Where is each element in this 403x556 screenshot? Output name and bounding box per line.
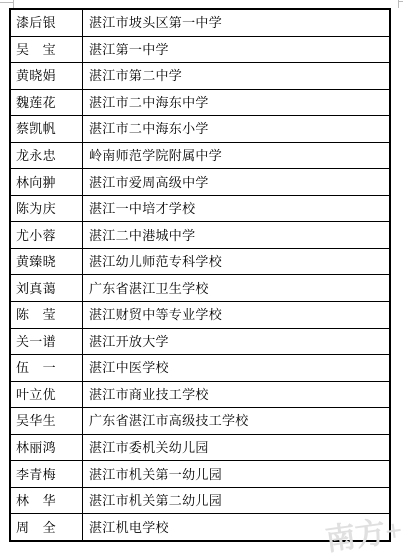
- table-row: 林向翀 湛江市爱周高级中学: [11, 169, 389, 196]
- teacher-name: 林向翀: [11, 169, 83, 195]
- table-row: 陈 莹 湛江财贸中等专业学校: [11, 302, 389, 329]
- school-name: 湛江市二中海东小学: [83, 116, 389, 142]
- teacher-school-table: 漆后银 湛江市坡头区第一中学 吴 宝 湛江第一中学 黄晓娟 湛江市第二中学 魏莲…: [9, 8, 391, 542]
- school-name: 湛江市二中海东中学: [83, 90, 389, 116]
- school-name: 湛江中医学校: [83, 355, 389, 381]
- teacher-name: 陈 莹: [11, 302, 83, 328]
- teacher-name: 黄晓娟: [11, 63, 83, 89]
- table-row: 刘真蔼 广东省湛江卫生学校: [11, 275, 389, 302]
- teacher-name: 李青梅: [11, 461, 83, 487]
- page-edge-artifact: [13, 0, 14, 8]
- teacher-name: 吴 宝: [11, 37, 83, 63]
- school-name: 湛江机电学校: [83, 514, 389, 540]
- teacher-name: 陈为庆: [11, 196, 83, 222]
- teacher-name: 魏莲花: [11, 90, 83, 116]
- school-name: 湛江市委机关幼儿园: [83, 435, 389, 461]
- school-name: 湛江一中培才学校: [83, 196, 389, 222]
- table-row: 吴华生 广东省湛江市高级技工学校: [11, 408, 389, 435]
- table-row: 魏莲花 湛江市二中海东中学: [11, 90, 389, 117]
- school-name: 广东省湛江卫生学校: [83, 275, 389, 301]
- table-row: 吴 宝 湛江第一中学: [11, 37, 389, 64]
- page-edge-artifact: [0, 2, 14, 3]
- school-name: 湛江市坡头区第一中学: [83, 10, 389, 36]
- teacher-name: 吴华生: [11, 408, 83, 434]
- school-name: 湛江二中港城中学: [83, 222, 389, 248]
- table-row: 黄晓娟 湛江市第二中学: [11, 63, 389, 90]
- teacher-name: 蔡凯帆: [11, 116, 83, 142]
- teacher-name: 黄臻晓: [11, 249, 83, 275]
- table-row: 漆后银 湛江市坡头区第一中学: [11, 10, 389, 37]
- teacher-name: 伍 一: [11, 355, 83, 381]
- table-row: 李青梅 湛江市机关第一幼儿园: [11, 461, 389, 488]
- table-row: 叶立优 湛江市商业技工学校: [11, 382, 389, 409]
- table-row: 伍 一 湛江中医学校: [11, 355, 389, 382]
- table-row: 关一谱 湛江开放大学: [11, 329, 389, 356]
- teacher-name: 林 华: [11, 488, 83, 514]
- teacher-name: 尤小蓉: [11, 222, 83, 248]
- page: 漆后银 湛江市坡头区第一中学 吴 宝 湛江第一中学 黄晓娟 湛江市第二中学 魏莲…: [0, 0, 403, 556]
- table-row: 尤小蓉 湛江二中港城中学: [11, 222, 389, 249]
- table-row: 龙永忠 岭南师范学院附属中学: [11, 143, 389, 170]
- school-name: 湛江市机关第一幼儿园: [83, 461, 389, 487]
- school-name: 广东省湛江市高级技工学校: [83, 408, 389, 434]
- school-name: 岭南师范学院附属中学: [83, 143, 389, 169]
- table-row: 蔡凯帆 湛江市二中海东小学: [11, 116, 389, 143]
- page-edge-artifact: [398, 1, 403, 2]
- school-name: 湛江第一中学: [83, 37, 389, 63]
- teacher-name: 龙永忠: [11, 143, 83, 169]
- school-name: 湛江财贸中等专业学校: [83, 302, 389, 328]
- school-name: 湛江开放大学: [83, 329, 389, 355]
- table-row: 周 全 湛江机电学校: [11, 514, 389, 540]
- table-row: 黄臻晓 湛江幼儿师范专科学校: [11, 249, 389, 276]
- teacher-name: 叶立优: [11, 382, 83, 408]
- teacher-name: 林丽鸿: [11, 435, 83, 461]
- table-row: 林 华 湛江市机关第二幼儿园: [11, 488, 389, 515]
- teacher-name: 刘真蔼: [11, 275, 83, 301]
- school-name: 湛江市商业技工学校: [83, 382, 389, 408]
- school-name: 湛江市爱周高级中学: [83, 169, 389, 195]
- teacher-name: 周 全: [11, 514, 83, 540]
- teacher-name: 关一谱: [11, 329, 83, 355]
- school-name: 湛江市第二中学: [83, 63, 389, 89]
- table-row: 林丽鸿 湛江市委机关幼儿园: [11, 435, 389, 462]
- teacher-name: 漆后银: [11, 10, 83, 36]
- school-name: 湛江幼儿师范专科学校: [83, 249, 389, 275]
- table-row: 陈为庆 湛江一中培才学校: [11, 196, 389, 223]
- school-name: 湛江市机关第二幼儿园: [83, 488, 389, 514]
